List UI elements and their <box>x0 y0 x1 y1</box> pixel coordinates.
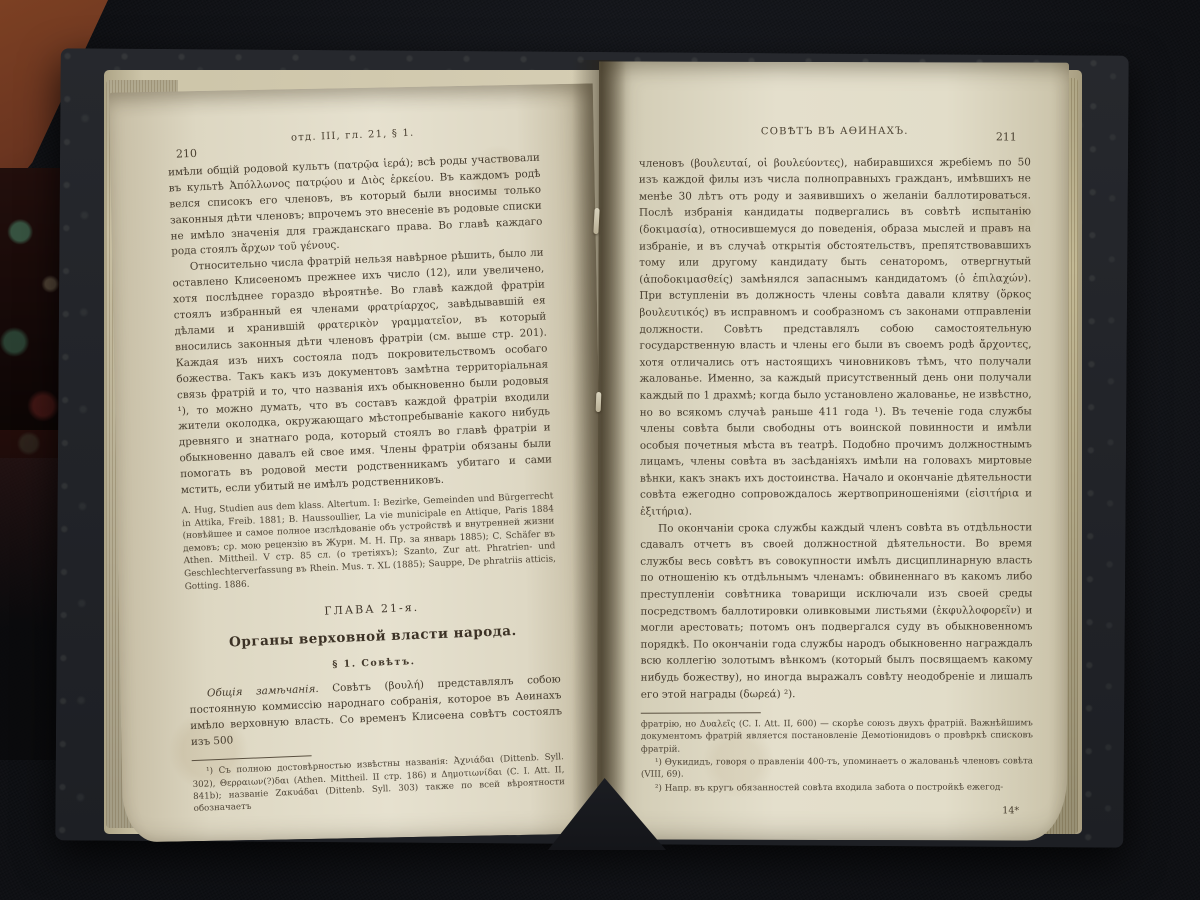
paragraph-council-members: членовъ (βουλευταί, οἱ βουλεύοντες), наб… <box>639 154 1032 520</box>
right-page-text-column: СОВѢТЪ ВЪ АѲИНАХЪ. членовъ (βουλευταί, ο… <box>639 123 1033 821</box>
chapter-title: Органы верховной власти народа. <box>187 622 559 653</box>
paragraph-lead-italic: Общія замѣчанія. <box>207 683 319 699</box>
footnote-separator-right <box>641 712 761 713</box>
left-footnote-1: ¹) Съ полною достовѣрностью извѣстны наз… <box>192 752 566 816</box>
right-footnote-1: ¹) Ѳукидидъ, говоря о правленіи 400-тъ, … <box>641 755 1033 781</box>
left-page-text-column: отд. III, гл. 21, § 1. имѣли общій родов… <box>167 121 566 816</box>
left-running-header: отд. III, гл. 21, § 1. <box>167 121 539 152</box>
binding-thread <box>596 392 602 412</box>
bibliography-note: A. Hug, Studien aus dem klass. Altertum.… <box>181 490 556 593</box>
chapter-heading: ГЛАВА 21-я. <box>186 594 558 625</box>
paragraph-lead-rest: Совѣтъ (βουλή) представлялъ собою постоя… <box>189 673 562 748</box>
right-page: 211 СОВѢТЪ ВЪ АѲИНАХЪ. членовъ (βουλευτα… <box>597 61 1069 840</box>
paragraph-genos-cult: имѣли общій родовой культъ (πατρῷα ἱερά)… <box>168 151 544 261</box>
signature-mark: 14* <box>641 803 1033 821</box>
paragraph-council-accountability: По окончаніи срока службы каждый членъ с… <box>640 519 1033 703</box>
photo-of-open-book: { "book": { "left_page": { "page_number"… <box>0 0 1200 900</box>
left-page: 210 отд. III, гл. 21, § 1. имѣли общій р… <box>109 83 607 842</box>
right-running-header: СОВѢТЪ ВЪ АѲИНАХЪ. <box>639 123 1031 141</box>
footnote-separator-left <box>192 756 312 762</box>
paragraph-phratries: Относительно числа фратрій нельзя навѣрн… <box>172 246 553 499</box>
right-footnote-2: ²) Напр. въ кругъ обязанностей совѣта вх… <box>641 781 1033 795</box>
paragraph-council-intro: Общія замѣчанія. Совѣтъ (βουλή) представ… <box>189 672 563 751</box>
right-footnote-continuation: фратрію, но Δυαλεῖς (C. I. Att. II, 600)… <box>641 718 1033 756</box>
